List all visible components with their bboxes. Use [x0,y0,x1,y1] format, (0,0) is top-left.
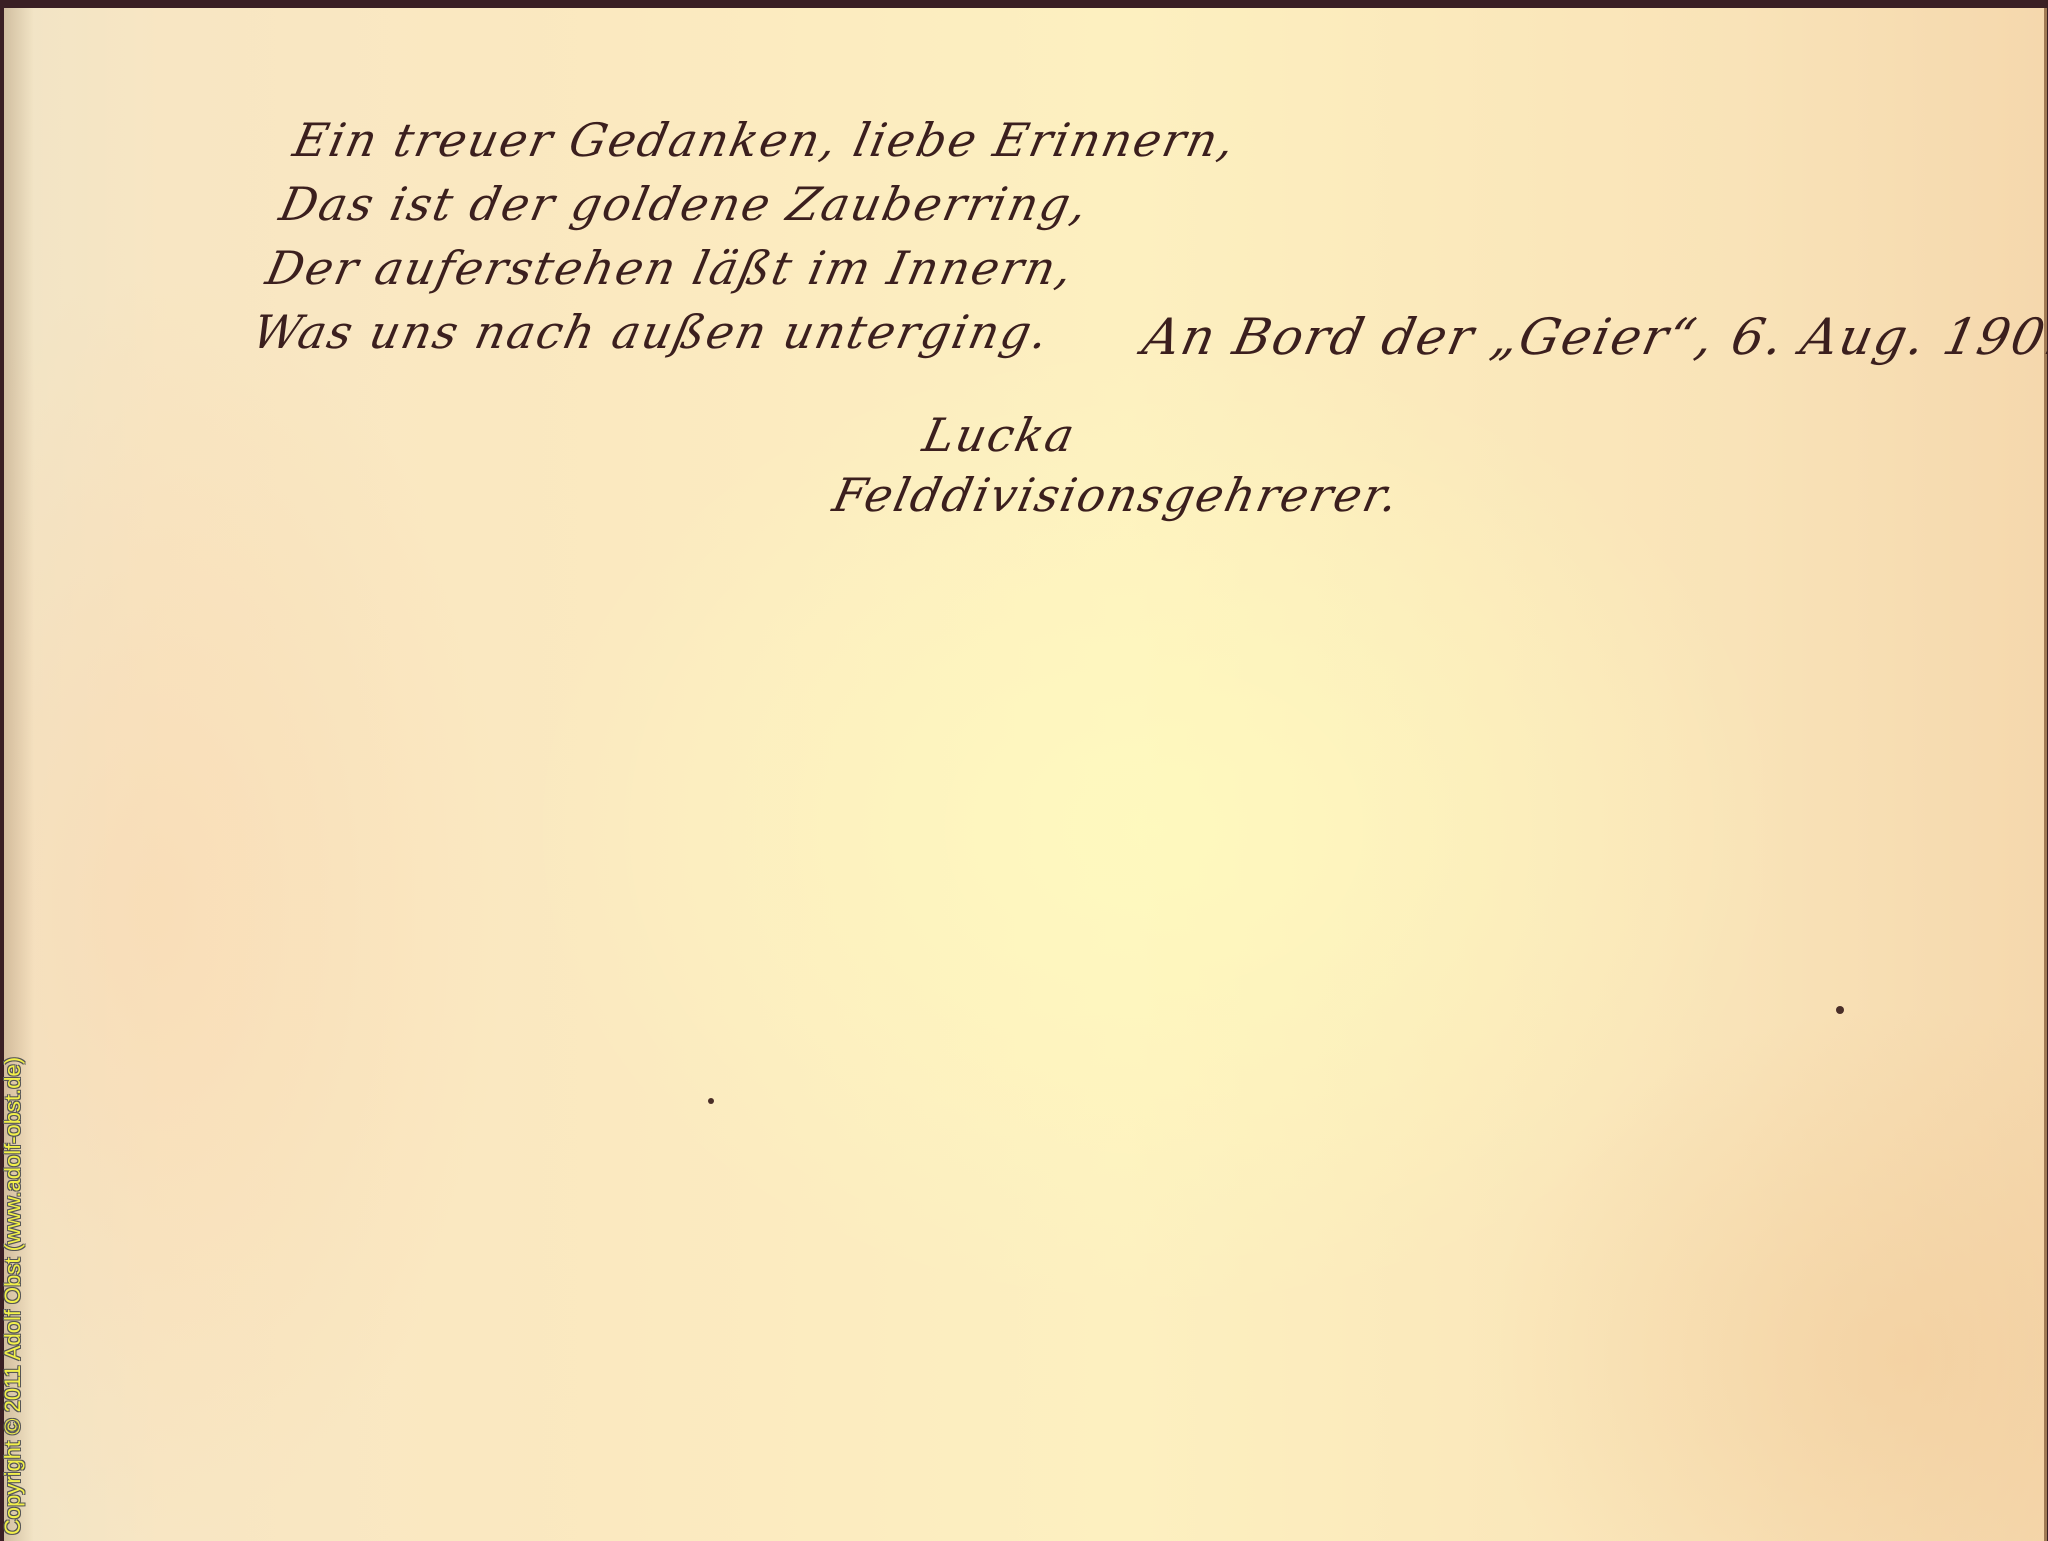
ink-spot [1836,1006,1844,1014]
place-date: An Bord der „Geier“, 6. Aug. 1901. [1138,308,2048,366]
poem-line: Der auferstehen läßt im Innern, [260,236,1215,300]
copyright-watermark: Copyright © 2011 Adolf Obst (www.adolf-o… [0,1057,26,1535]
poem-line: Was uns nach außen unterging. [247,300,1202,364]
signature-name: Lucka [918,408,1081,462]
poem-line: Das ist der goldene Zauberring, [274,172,1229,236]
poem-line: Ein treuer Gedanken, liebe Erinnern, [288,108,1243,172]
poem: Ein treuer Gedanken, liebe Erinnern, Das… [247,108,1242,364]
album-page: Ein treuer Gedanken, liebe Erinnern, Das… [4,8,2047,1541]
ink-spot [708,1098,714,1104]
signature-title: Felddivisionsgehrerer. [828,468,1405,522]
